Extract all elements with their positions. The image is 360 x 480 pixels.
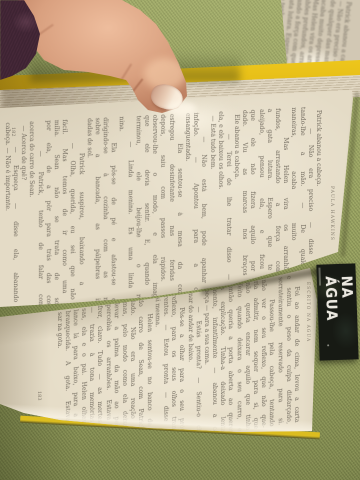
page-182-text-line: esfregou desinfetante nas feridas e, xyxy=(166,114,174,310)
page-182-text-line: ensanguentada. xyxy=(183,113,191,309)
page-182-text-line: dirigindo-se à cozinha com as mãos xyxy=(101,117,109,313)
page-182-text-line: por ela, de a pôr para trás das costas. xyxy=(44,120,52,316)
page-182-text-line: terminou, ele beijou-lhe o rosto. xyxy=(134,115,142,311)
page-182-text-line: — Olha, querida, eu sei que não é xyxy=(68,119,76,315)
page-182-text-line: nina. xyxy=(117,116,125,312)
page-182-number: 182 xyxy=(10,127,16,137)
page-182-text-line: acerca do carro de Sean. xyxy=(27,121,35,317)
book-cover: NA ÁGUA xyxy=(316,263,358,360)
page-182-text-line: — Acerca de quê? xyxy=(19,121,27,317)
page-182-text-line: Ela sentou-se à mesa da cozinha, xyxy=(175,113,183,309)
page-182-text-line: Patrick suspirou, baixando a voz. xyxy=(76,118,84,314)
page-182-text-line: observou-lhe o modo, e ela imaginou xyxy=(150,115,158,311)
far-page-text: Patrick abanou a cabeça.— Não era precis… xyxy=(272,0,352,70)
page-182-text-line: Ela pôs-se de pé e afastou-se dele, xyxy=(109,117,117,313)
photo-open-book-scene: Patrick abanou a cabeça.— Não era precis… xyxy=(0,0,360,480)
page-182-text-line: sobre a bancada, as pálpebras inun- xyxy=(93,118,101,314)
page-182-text-line: fácil. Mas temos de ir como uma fa- xyxy=(60,119,68,315)
page-182-text-line: — Linda menina. És uma linda me- xyxy=(126,116,134,312)
page-182-running-header: PAULA HAWKINS xyxy=(329,186,334,241)
page-182-text-line: que ele devia sentir. E, quando ela xyxy=(142,115,150,311)
thumb-tip-light xyxy=(168,102,196,116)
cover-imprint-mark xyxy=(319,268,321,286)
page-182-text-line: mília. Sean não se trata de sofrer xyxy=(52,120,60,316)
page-182-text-line: — Patrick, tenho de falar contigo xyxy=(35,121,43,317)
cover-title-line-2: ÁGUA xyxy=(322,276,340,322)
cover-title-line-1: NA xyxy=(338,275,355,299)
page-182-text-line: — Esqueça — disse ela, abanando a xyxy=(11,122,19,318)
page-182-text-line: depois, saiu com passos rápidos. Ele xyxy=(158,114,166,310)
page-182-text-line: cabeça. — Não é importante. xyxy=(3,122,11,318)
page-182-text-line: dadas de sol. xyxy=(85,118,93,314)
